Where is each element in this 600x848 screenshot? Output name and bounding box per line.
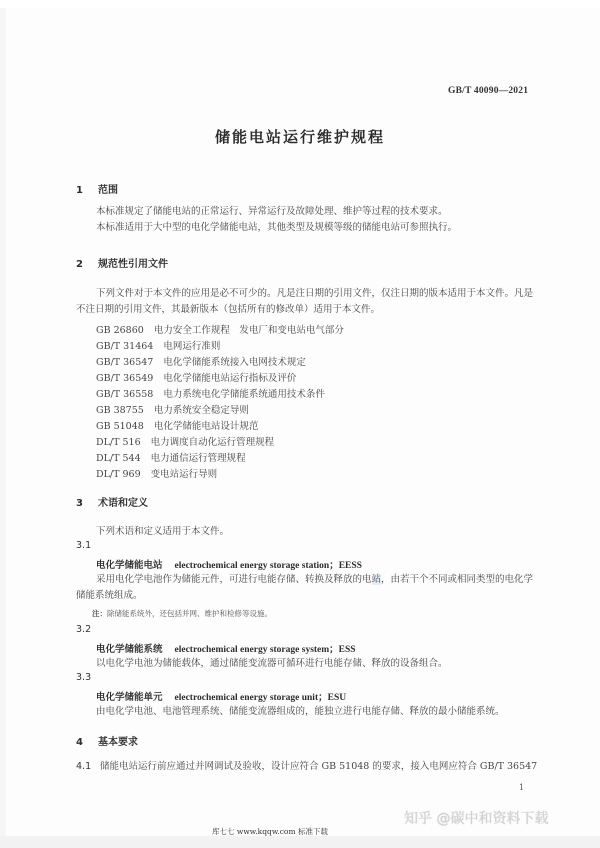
- reference-item: DL/T 969变电站运行导则: [96, 466, 217, 480]
- reference-title: 电化学储能电站设计规范: [154, 421, 259, 432]
- clause-number: 3.2: [76, 624, 91, 635]
- clause-number: 3.3: [76, 672, 91, 683]
- reference-item: GB/T 36558电力系统电化学储能系统通用技术条件: [96, 386, 325, 400]
- terms-intro: 下列术语和定义适用于本文件。: [96, 524, 536, 540]
- definition-text: 采用电化学电池作为储能元件，可进行电能存储、转换及释放的电: [96, 574, 372, 585]
- section-1-heading: 1范围: [76, 181, 118, 196]
- section-title: 基本要求: [98, 737, 138, 748]
- watermark: 知乎 @碳中和资料下载: [404, 808, 548, 828]
- section-number: 4: [76, 737, 98, 748]
- term-en: electrochemical energy storage unit；ESU: [175, 693, 347, 703]
- term-definition: 采用电化学电池作为储能元件，可进行电能存储、转换及释放的电站，由若干个不同或相同…: [76, 572, 538, 604]
- page-number: 1: [519, 783, 524, 792]
- term-cn: 电化学储能单元: [96, 692, 163, 703]
- reference-title: 电化学储能电站运行指标及评价: [163, 373, 296, 384]
- section-title: 范围: [98, 185, 118, 196]
- clause-number: 3.1: [76, 540, 91, 551]
- reference-title: 电网运行准则: [163, 341, 220, 352]
- reference-code: GB/T 36547: [96, 357, 153, 368]
- reference-title: 电力安全工作规程 发电厂和变电站电气部分: [154, 325, 344, 336]
- term-heading: 电化学储能电站electrochemical energy storage st…: [96, 557, 362, 571]
- clause-number: 4.1: [76, 761, 91, 772]
- reference-code: GB/T 36558: [96, 389, 153, 400]
- page-top-margin: [0, 0, 600, 8]
- section-2-heading: 2规范性引用文件: [76, 255, 168, 270]
- reference-code: GB/T 31464: [96, 341, 153, 352]
- footer-text: 库七七 www.kqqw.com 标准下载: [212, 827, 328, 836]
- reference-title: 变电站运行导则: [151, 469, 218, 480]
- term-heading: 电化学储能系统electrochemical energy storage sy…: [96, 641, 356, 655]
- section-title: 术语和定义: [98, 498, 148, 509]
- standard-code: GB/T 40090—2021: [448, 86, 528, 96]
- reference-item: GB/T 36549电化学储能电站运行指标及评价: [96, 370, 296, 384]
- reference-item: GB 51048电化学储能电站设计规范: [96, 418, 258, 432]
- section-3-heading: 3术语和定义: [76, 494, 148, 509]
- term-note: 注：除储能系统外，还包括并网、维护和检修等设施。: [92, 608, 272, 619]
- reference-code: GB 51048: [96, 421, 144, 432]
- reference-code: DL/T 516: [96, 437, 141, 448]
- scope-paragraph-1: 本标准规定了储能电站的正常运行、异常运行及故障处理、维护等过程的技术要求。: [96, 204, 536, 220]
- reference-item: GB/T 31464电网运行准则: [96, 338, 220, 352]
- references-intro: 下列文件对于本文件的应用是必不可少的。凡是注日期的引用文件，仅注日期的版本适用于…: [76, 286, 538, 318]
- reference-code: DL/T 544: [96, 453, 141, 464]
- reference-code: GB 38755: [96, 405, 144, 416]
- reference-item: GB 26860电力安全工作规程 发电厂和变电站电气部分: [96, 322, 344, 336]
- scope-paragraph-2: 本标准适用于大中型的电化学储能电站，其他类型及规模等级的储能电站可参照执行。: [96, 220, 536, 236]
- reference-title: 电力系统安全稳定导则: [154, 405, 249, 416]
- reference-code: GB 26860: [96, 325, 144, 336]
- reference-item: GB/T 36547电化学储能系统接入电网技术规定: [96, 354, 306, 368]
- section-number: 2: [76, 259, 98, 270]
- selected-text-highlight: 站: [372, 574, 382, 585]
- note-label: 注：: [92, 609, 107, 618]
- reference-code: GB/T 36549: [96, 373, 153, 384]
- term-en: electrochemical energy storage system；ES…: [175, 645, 356, 655]
- section-number: 1: [76, 185, 98, 196]
- reference-title: 电力系统电化学储能系统通用技术条件: [163, 389, 325, 400]
- note-text: 除储能系统外，还包括并网、维护和检修等设施。: [107, 609, 272, 618]
- reference-item: DL/T 544电力通信运行管理规程: [96, 450, 246, 464]
- term-cn: 电化学储能系统: [96, 644, 163, 655]
- document-title: 储能电站运行维护规程: [0, 126, 600, 147]
- section-number: 3: [76, 498, 98, 509]
- reference-title: 电力通信运行管理规程: [151, 453, 246, 464]
- document-page: GB/T 40090—2021 储能电站运行维护规程 1范围 本标准规定了储能电…: [0, 0, 600, 848]
- term-definition: 由电化学电池、电池管理系统、储能变流器组成的，能独立进行电能存储、释放的最小储能…: [96, 704, 536, 720]
- clause-text: 储能电站运行前应通过并网调试及验收，设计应符合 GB 51048 的要求，接入电…: [100, 759, 550, 775]
- reference-item: GB 38755电力系统安全稳定导则: [96, 402, 249, 416]
- term-definition: 以电化学电池为储能载体，通过储能变流器可循环进行电能存储、释放的设备组合。: [96, 656, 536, 672]
- reference-code: DL/T 969: [96, 469, 141, 480]
- term-heading: 电化学储能单元electrochemical energy storage un…: [96, 689, 346, 703]
- reference-title: 电化学储能系统接入电网技术规定: [163, 357, 306, 368]
- section-4-heading: 4基本要求: [76, 733, 138, 748]
- page-bottom-edge: [0, 836, 600, 848]
- term-en: electrochemical energy storage station；E…: [175, 561, 362, 571]
- reference-title: 电力调度自动化运行管理规程: [151, 437, 275, 448]
- section-title: 规范性引用文件: [98, 259, 168, 270]
- reference-item: DL/T 516电力调度自动化运行管理规程: [96, 434, 274, 448]
- term-cn: 电化学储能电站: [96, 560, 163, 571]
